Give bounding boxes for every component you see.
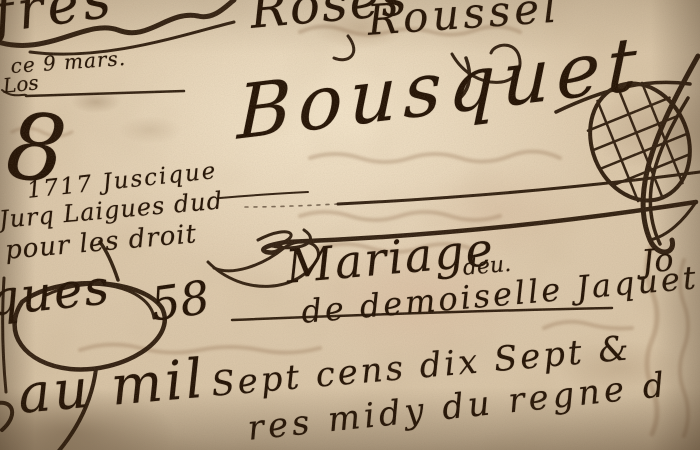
inscription-top-left-fragment: fres [0,0,118,41]
inscription-year-line-start: au mil [16,352,208,422]
ghost-line [300,212,500,220]
note-rule-line [220,192,308,198]
long-sweep-upper [338,172,700,204]
signature-bousquet: Bousquet [237,26,644,151]
ghost-line [544,322,632,329]
inscription-paraph-numeral: 58 [148,274,212,328]
inscription-partial-signature: ques [0,263,113,324]
ghost-line [310,151,560,162]
paraph-diagonal-stroke [643,56,698,252]
manuscript-photo: fres Roses Roussel ce 9 mars. Los 8 Bous… [0,0,700,450]
paraph-diagonal-stroke [650,98,688,244]
au-lead-in [0,403,12,430]
paraph-tail [650,202,696,240]
long-sweep-upper-faint [244,204,338,207]
